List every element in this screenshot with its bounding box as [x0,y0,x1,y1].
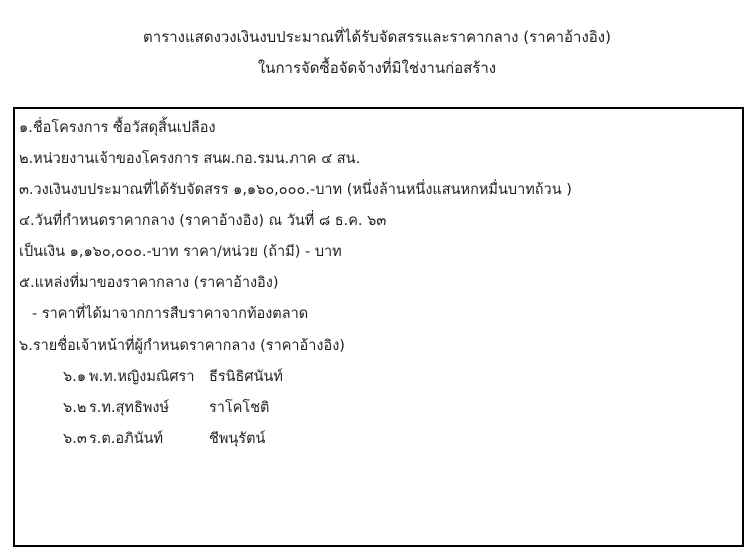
officer-first-name: ร.ท.สุทธิพงษ์ [89,395,169,421]
officer-last-name: ราโคโชติ [209,395,269,421]
officer-number: ๖.๑ [63,364,86,390]
officer-last-name: ชีพนุรัตน์ [209,426,265,452]
document-title: ตารางแสดงวงเงินงบประมาณที่ได้รับจัดสรรแล… [0,22,754,84]
officer-last-name: ธีรนิธิศนันท์ [209,364,283,390]
title-line-2: ในการจัดซื้อจัดจ้างที่มิใช่งานก่อสร้าง [0,53,754,84]
officer-number: ๖.๒ [63,395,86,421]
officer-number: ๖.๓ [63,426,87,452]
title-line-1: ตารางแสดงวงเงินงบประมาณที่ได้รับจัดสรรแล… [0,22,754,53]
officers-heading: ๖.รายชื่อเจ้าหน้าที่ผู้กำหนดราคากลาง (รา… [19,333,345,359]
price-source-heading: ๕.แหล่งที่มาของราคากลาง (ราคาอ้างอิง) [19,270,279,296]
project-info-box: ๑.ชื่อโครงการ ซื้อวัสดุสิ้นเปลือง ๒.หน่ว… [13,107,744,547]
officer-first-name: พ.ท.หญิงมณิศรา [89,364,194,390]
amount-line: เป็นเงิน ๑,๑๖๐,๐๐๐.-บาท ราคา/หน่วย (ถ้าม… [19,239,342,265]
budget-line: ๓.วงเงินงบประมาณที่ได้รับจัดสรร ๑,๑๖๐,๐๐… [19,177,572,203]
officer-first-name: ร.ต.อภินันท์ [89,426,163,452]
project-name-line: ๑.ชื่อโครงการ ซื้อวัสดุสิ้นเปลือง [19,115,216,141]
reference-date-line: ๔.วันที่กำหนดราคากลาง (ราคาอ้างอิง) ณ วั… [19,208,386,234]
owner-unit-line: ๒.หน่วยงานเจ้าของโครงการ สนผ.กอ.รมน.ภาค … [19,146,360,172]
price-source-detail: - ราคาที่ได้มาจากการสืบราคาจากท้องตลาด [32,301,308,327]
